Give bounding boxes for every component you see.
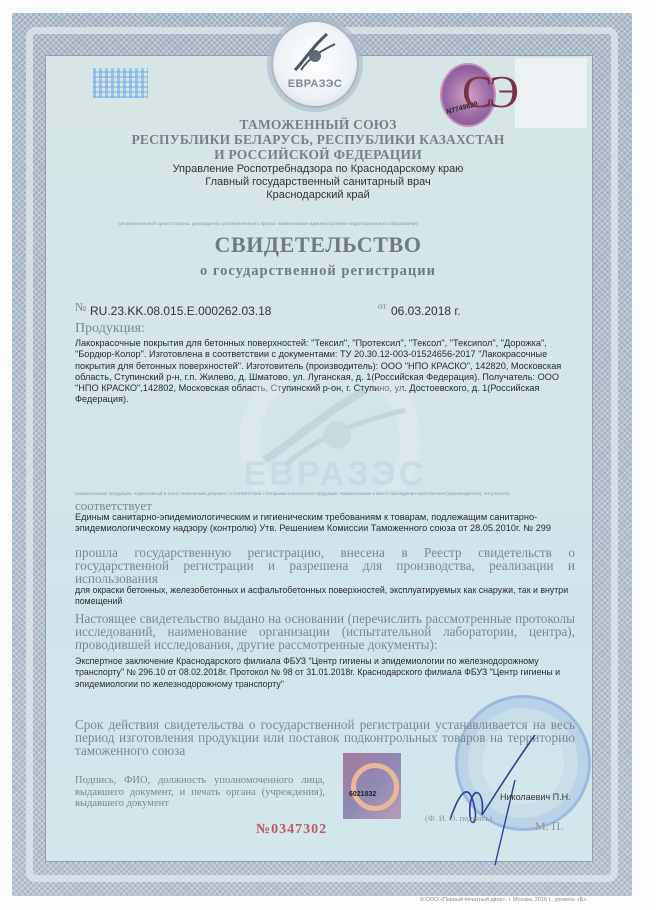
usage-scope: для окраски бетонных, железобетонных и а… (75, 585, 575, 608)
fio-caption: (Ф. И. О. подпись) (425, 813, 492, 823)
authority-block: Управление Роспотребнадзора по Краснодар… (45, 163, 591, 202)
printer-footer: © ООО «Первый печатный двор», г. Москва,… (420, 897, 586, 903)
signer-name: Николаевич П.Н. (500, 792, 571, 802)
hologram-ring-icon (351, 763, 399, 811)
hologram-serial: 6021832 (349, 791, 376, 798)
date-label: от (378, 301, 386, 311)
registration-statement: прошла государственную регистрацию, внес… (75, 546, 575, 585)
watermark-label: ЕВРАЗЭС (235, 455, 435, 494)
basis-statement: Настоящее свидетельство выдано на основа… (75, 612, 575, 651)
product-caption: (наименование продукции, нормативный и (… (75, 491, 510, 496)
document-title: СВИДЕТЕЛЬСТВО (45, 232, 591, 258)
conformity-mark-icon: СЭ (462, 72, 515, 112)
authority-caption: (уполномоченный орган Стороны, руководит… (118, 221, 418, 226)
header-line: РЕСПУБЛИКИ БЕЛАРУСЬ, РЕСПУБЛИКИ КАЗАХСТА… (45, 132, 591, 147)
signature-block-label: Подпись, ФИО, должность уполномоченного … (75, 775, 325, 810)
seal-placeholder-label: М. П. (535, 819, 563, 834)
authority-line: Управление Роспотребнадзора по Краснодар… (45, 163, 591, 176)
authority-line: Главный государственный санитарный врач (45, 176, 591, 189)
product-label: Продукция: (75, 321, 145, 337)
microprint-pattern (93, 68, 148, 98)
header-line: И РОССИЙСКОЙ ФЕДЕРАЦИИ (45, 147, 591, 162)
form-serial-number: №0347302 (256, 822, 327, 838)
conformity-text: Единым санитарно-эпидемиологическим и ги… (75, 512, 575, 535)
emblem-label: ЕВРАЗЭС (273, 78, 357, 90)
hologram-sticker-bottom: 6021832 (343, 753, 401, 819)
evrazes-emblem: ЕВРАЗЭС (271, 20, 359, 108)
authority-line: Краснодарский край (45, 189, 591, 202)
registration-date: 06.03.2018 г. (391, 304, 461, 318)
header-line: ТАМОЖЕННЫЙ СОЮЗ (45, 117, 591, 132)
document-subtitle: о государственной регистрации (45, 263, 591, 280)
emblem-logo-icon (291, 30, 337, 76)
basis-documents: Экспертное заключение Краснодарского фил… (75, 656, 575, 690)
registration-number: RU.23.KK.08.015.E.000262.03.18 (90, 304, 271, 318)
number-label: № (75, 300, 86, 315)
customs-union-header: ТАМОЖЕННЫЙ СОЮЗ РЕСПУБЛИКИ БЕЛАРУСЬ, РЕС… (45, 117, 591, 162)
